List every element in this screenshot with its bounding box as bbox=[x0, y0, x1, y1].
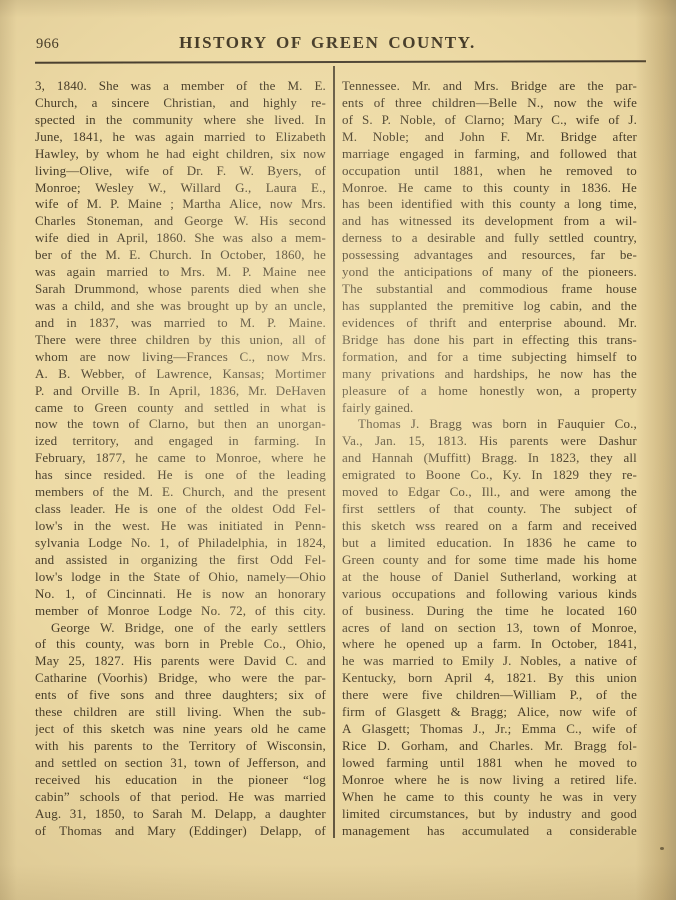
text-line: receivedhiseducationinthepioneer“log bbox=[35, 772, 326, 789]
text-line: SarahDrummond,whoseparentsdiedwhenshe bbox=[35, 281, 326, 298]
text-line: RiceD.Gorham,andCharles.Mr.Braggfol- bbox=[342, 738, 637, 755]
right-column: Tennessee.Mr.andMrs.Bridgearethepar-ents… bbox=[342, 78, 637, 839]
page-header: 966 HISTORY OF GREEN COUNTY. bbox=[35, 30, 646, 56]
text-line: entsoffivesonsandthreedaughters;sixof bbox=[35, 687, 326, 704]
text-line: hasbeenidentifiedwiththiscountyalongtime… bbox=[342, 196, 637, 213]
text-line: pleasureofahomehonestlywon,aproperty bbox=[342, 383, 637, 400]
page-title: HISTORY OF GREEN COUNTY. bbox=[35, 33, 620, 53]
text-line: thissketchwssrearedonafarmandreceived bbox=[342, 518, 637, 535]
text-line: hassupplantedthepremitivelogcabin,andthe bbox=[342, 298, 637, 315]
text-line: M.Noble;andJohnF.Mr.Bridgeafter bbox=[342, 129, 637, 146]
text-line: managementhasaccumulatedaconsiderable bbox=[342, 823, 637, 840]
text-line: andassistedinorganizingthefirstOddFel- bbox=[35, 552, 326, 569]
text-line: Tennessee.Mr.andMrs.Bridgearethepar- bbox=[342, 78, 637, 95]
text-line: Va.,Jan.15,1813.HisparentswereDashur bbox=[342, 433, 637, 450]
text-line: Aug.31,1850,toSarahM.Delapp,adaughter bbox=[35, 806, 326, 823]
text-line: May25,1827.HisparentswereDavidC.and bbox=[35, 653, 326, 670]
text-line: lowedfarminguntil1881whenhemovedto bbox=[342, 755, 637, 772]
text-line: membersoftheM.E.Church,andthepresent bbox=[35, 484, 326, 501]
text-line: formation,andforatimesubjectinghimselfto bbox=[342, 349, 637, 366]
text-line: therewerefivechildren—WilliamP.,ofthe bbox=[342, 687, 637, 704]
text-line: acresoflandonsection13,townofMonroe, bbox=[342, 620, 637, 637]
text-line: izedterritory,andengagedinfarming.In bbox=[35, 433, 326, 450]
text-line: dernesstoadesirableandfullysettledcountr… bbox=[342, 230, 637, 247]
text-line: firmofGlasgett&Bragg;Alice,nowwifeof bbox=[342, 704, 637, 721]
text-line: sylvaniaLodgeNo.1,ofPhiladelphia,in1824, bbox=[35, 535, 326, 552]
text-line: occupationuntil1881,whenheremovedto bbox=[342, 163, 637, 180]
text-line: wifeofM.P.Maine;MarthaAlice,nowMrs. bbox=[35, 196, 326, 213]
text-line: GeorgeW.Bridge,oneoftheearlysettlers bbox=[35, 620, 326, 637]
text-line: CharlesStoneman,andGeorgeW.Hissecond bbox=[35, 213, 326, 230]
text-line: Kentucky,bornApril4,1821.Bythisunion bbox=[342, 670, 637, 687]
text-line: andHannah(Muffitt)Bragg.In1823,theyall bbox=[342, 450, 637, 467]
text-line: memberofMonroeLodgeNo.72,ofthiscity. bbox=[35, 603, 326, 620]
text-line: Monroewhereheisnowlivingaretiredlife. bbox=[342, 772, 637, 789]
text-line: wasagainmarriedtoMrs.M.P.Mainenee bbox=[35, 264, 326, 281]
text-line: withhisparentstotheTerritoryofWisconsin, bbox=[35, 738, 326, 755]
text-line: manyprivationsandhardships,henowhasthe bbox=[342, 366, 637, 383]
text-line: cametoGreencountyandsettledinwhatis bbox=[35, 400, 326, 417]
text-line: fairly gained. bbox=[342, 400, 637, 417]
ink-speck bbox=[660, 847, 664, 850]
text-line: Whenhecametothiscountyhewasinvery bbox=[342, 789, 637, 806]
text-line: ofthiscounty,wasborninPrebleCo.,Ohio, bbox=[35, 636, 326, 653]
text-line: P.andOrvilleB.InApril,1836,Mr.DeHaven bbox=[35, 383, 326, 400]
text-line: butalimitededucation.In1836hecameto bbox=[342, 535, 637, 552]
text-line: atthehouseofDanielSutherland,workingat bbox=[342, 569, 637, 586]
text-line: February,1877,hecametoMonroe,wherehe bbox=[35, 450, 326, 467]
text-line: cabin”schoolsofthatperiod.Hewasmarried bbox=[35, 789, 326, 806]
text-line: ofbusiness.Duringthetimehelocated160 bbox=[342, 603, 637, 620]
text-line: Thesubstantialandcommodiousframehouse bbox=[342, 281, 637, 298]
text-line: No.1,ofCincinnati.Heisnowanhonorary bbox=[35, 586, 326, 603]
text-line: whomarenowliving—FrancesC.,nowMrs. bbox=[35, 349, 326, 366]
text-line: evidencesofthriftandenterpriseabound.Mr. bbox=[342, 315, 637, 332]
text-line: June,1841,hewasagainmarriedtoElizabeth bbox=[35, 129, 326, 146]
text-line: entsofthreechildren—BelleN.,nowthewife bbox=[342, 95, 637, 112]
text-line: hewasmarriedtoEmilyJ.Nobles,anativeof bbox=[342, 653, 637, 670]
text-line: ofThomasandMary(Eddinger)Delapp,of bbox=[35, 823, 326, 840]
text-line: possessingadvantagesandresources,farbe- bbox=[342, 247, 637, 264]
text-line: wasachild,andshewasbroughtupbyanuncle, bbox=[35, 298, 326, 315]
text-line: ofS.P.Noble,ofClarno;MaryC.,wifeofJ. bbox=[342, 112, 637, 129]
text-line: classleader.HeisoneoftheoldestOddFel- bbox=[35, 501, 326, 518]
text-line: low'slodgeintheStateofOhio,namely—Ohio bbox=[35, 569, 326, 586]
text-line: Hawley,bywhomhehadeightchildren,sixnow bbox=[35, 146, 326, 163]
text-line: thesechildrenarestillliving.Whenthesub- bbox=[35, 704, 326, 721]
header-rule bbox=[35, 60, 646, 64]
text-line: Church,asincereChristian,andhighlyre- bbox=[35, 95, 326, 112]
text-line: low'sinthewest.HewasinitiatedinPenn- bbox=[35, 518, 326, 535]
text-line: jectofthissketchwasnineyearsoldhecame bbox=[35, 721, 326, 738]
text-line: Greencountyandforsometimemadehishome bbox=[342, 552, 637, 569]
text-line: hassinceresided.Heisoneoftheleading bbox=[35, 467, 326, 484]
text-line: Monroe;WesleyW.,WillardG.,LauraE., bbox=[35, 180, 326, 197]
column-divider bbox=[333, 66, 335, 838]
text-line: Catharine(Voorhis)Bridge,whowerethepar- bbox=[35, 670, 326, 687]
text-line: firstsettlersofthatcounty.Thesubjectof bbox=[342, 501, 637, 518]
text-line: limitedcircumstances,butbyindustryandgoo… bbox=[342, 806, 637, 823]
book-page: { "page": { "number": "966", "title": "H… bbox=[0, 0, 676, 900]
text-line: nowthetownofClarno,butthenanunorgan- bbox=[35, 416, 326, 433]
text-line: andin1837,wasmarriedtoM.P.Maine. bbox=[35, 315, 326, 332]
text-line: marriageengagedinfarming,andfollowedthat bbox=[342, 146, 637, 163]
text-line: spectedinthecommunitywhereshelived.In bbox=[35, 112, 326, 129]
text-line: Monroe.Hecametothiscountyin1836.He bbox=[342, 180, 637, 197]
text-line: AGlasgett;ThomasJ.,Jr.;EmmaC.,wifeof bbox=[342, 721, 637, 738]
left-column: 3,1840.ShewasamemberoftheM.E.Church,asin… bbox=[35, 78, 326, 839]
text-line: A.B.Webber,ofLawrence,Kansas;Mortimer bbox=[35, 366, 326, 383]
text-line: Therewerethreechildrenbythisunion,allof bbox=[35, 332, 326, 349]
text-line: living—Olive,wifeofDr.F.W.Byers,of bbox=[35, 163, 326, 180]
text-line: andsettledonsection31,townofJefferson,an… bbox=[35, 755, 326, 772]
text-line: variousoccupationsandfollowingvariouskin… bbox=[342, 586, 637, 603]
text-line: ThomasJ.BraggwasborninFauquierCo., bbox=[342, 416, 637, 433]
text-line: whereheopenedupafarm.InOctober,1841, bbox=[342, 636, 637, 653]
text-line: andhaswitnesseditsdevelopmentfromawil- bbox=[342, 213, 637, 230]
text-line: Bridgehasdonehispartineffectingthistrans… bbox=[342, 332, 637, 349]
text-line: yondtheanticipationsofmanyofthepioneers. bbox=[342, 264, 637, 281]
text-line: 3,1840.ShewasamemberoftheM.E. bbox=[35, 78, 326, 95]
text-line: wifediedinApril,1860.Shewasalsoamem- bbox=[35, 230, 326, 247]
text-line: beroftheM.E.Church.InOctober,1860,he bbox=[35, 247, 326, 264]
text-line: movedtoEdgarCo.,Ill.,andwereamongthe bbox=[342, 484, 637, 501]
text-line: emigratedtoBooneCo.,Ky.In1829theyre- bbox=[342, 467, 637, 484]
